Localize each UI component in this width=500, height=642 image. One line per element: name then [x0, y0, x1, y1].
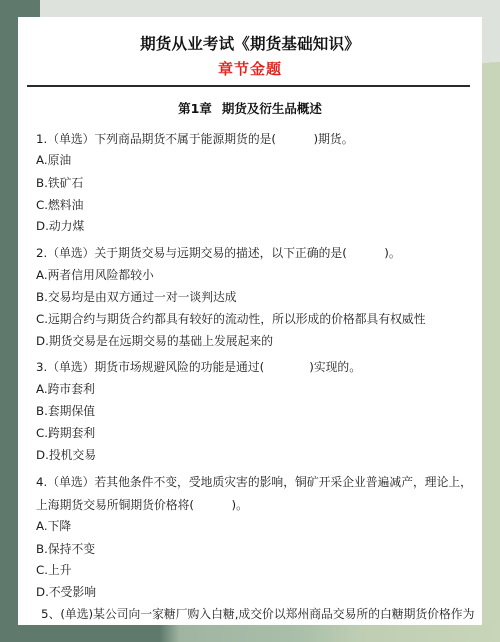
chapter-name: 期货及衍生品概述: [222, 101, 322, 116]
question-4-option-b: B.保持不变: [36, 541, 95, 557]
question-2-stem: 2.（单选）关于期货交易与远期交易的描述，以下正确的是( )。: [36, 245, 401, 261]
question-1-option-d: D.动力煤: [36, 218, 84, 234]
question-text: 关于期货交易与远期交易的描述，以下正确的是( )。: [94, 246, 400, 260]
question-3-option-d: D.投机交易: [36, 447, 96, 463]
question-number: 1.: [36, 132, 47, 146]
question-2-option-a: A.两者信用风险都较小: [36, 267, 154, 283]
question-4-option-a: A.下降: [36, 518, 71, 534]
question-1-option-c: C.燃料油: [36, 197, 83, 213]
question-type: (单选): [60, 607, 93, 621]
question-1-option-a: A.原油: [36, 152, 71, 168]
question-2-option-b: B.交易均是由双方通过一对一谈判达成: [36, 289, 237, 305]
chapter-heading: 第1章期货及衍生品概述: [18, 99, 482, 117]
title-divider: [27, 85, 470, 87]
question-5-stem: 5、(单选)某公司向一家糖厂购入白糖,成交价以郑州商品交易所的白糖期货价格作为: [41, 606, 474, 622]
question-1-option-b: B.铁矿石: [36, 175, 83, 191]
question-number: 3.: [36, 360, 47, 374]
document-title: 期货从业考试《期货基础知识》: [18, 32, 482, 54]
chapter-number: 第1章: [178, 101, 212, 116]
background-bottom-band: [0, 622, 500, 642]
question-3-option-a: A.跨市套利: [36, 381, 95, 397]
document-subtitle: 章节金题: [18, 58, 482, 79]
question-4-stem-continued: 上海期货交易所铜期货价格将( )。: [36, 497, 248, 513]
question-type: （单选）: [47, 132, 94, 146]
question-text: 上海期货交易所铜期货价格将( )。: [36, 498, 248, 512]
question-type: （单选）: [47, 246, 94, 260]
question-3-option-b: B.套期保值: [36, 403, 95, 419]
question-text: 某公司向一家糖厂购入白糖,成交价以郑州商品交易所的白糖期货价格作为: [93, 607, 474, 621]
question-2-option-c: C.远期合约与期货合约都具有较好的流动性，所以形成的价格都具有权威性: [36, 311, 426, 327]
question-4-option-d: D.不受影响: [36, 584, 96, 600]
question-4-stem: 4.（单选）若其他条件不变，受地质灾害的影响，铜矿开采企业普遍减产，理论上，: [36, 474, 472, 490]
exam-page: 期货从业考试《期货基础知识》 章节金题 第1章期货及衍生品概述 1.（单选）下列…: [18, 17, 482, 625]
question-1-stem: 1.（单选）下列商品期货不属于能源期货的是( )期货。: [36, 131, 354, 147]
question-type: （单选）: [47, 475, 94, 489]
question-4-option-c: C.上升: [36, 562, 72, 578]
question-number: 5、: [41, 607, 60, 621]
question-2-option-d: D.期货交易是在远期交易的基础上发展起来的: [36, 333, 273, 349]
question-number: 2.: [36, 246, 47, 260]
question-number: 4.: [36, 475, 47, 489]
question-text: 若其他条件不变，受地质灾害的影响，铜矿开采企业普遍减产，理论上，: [94, 475, 472, 489]
question-text: 期货市场规避风险的功能是通过( )实现的。: [94, 360, 361, 374]
question-text: 下列商品期货不属于能源期货的是( )期货。: [94, 132, 353, 146]
question-3-stem: 3.（单选）期货市场规避风险的功能是通过( )实现的。: [36, 359, 361, 375]
question-type: （单选）: [47, 360, 94, 374]
question-3-option-c: C.跨期套利: [36, 425, 95, 441]
